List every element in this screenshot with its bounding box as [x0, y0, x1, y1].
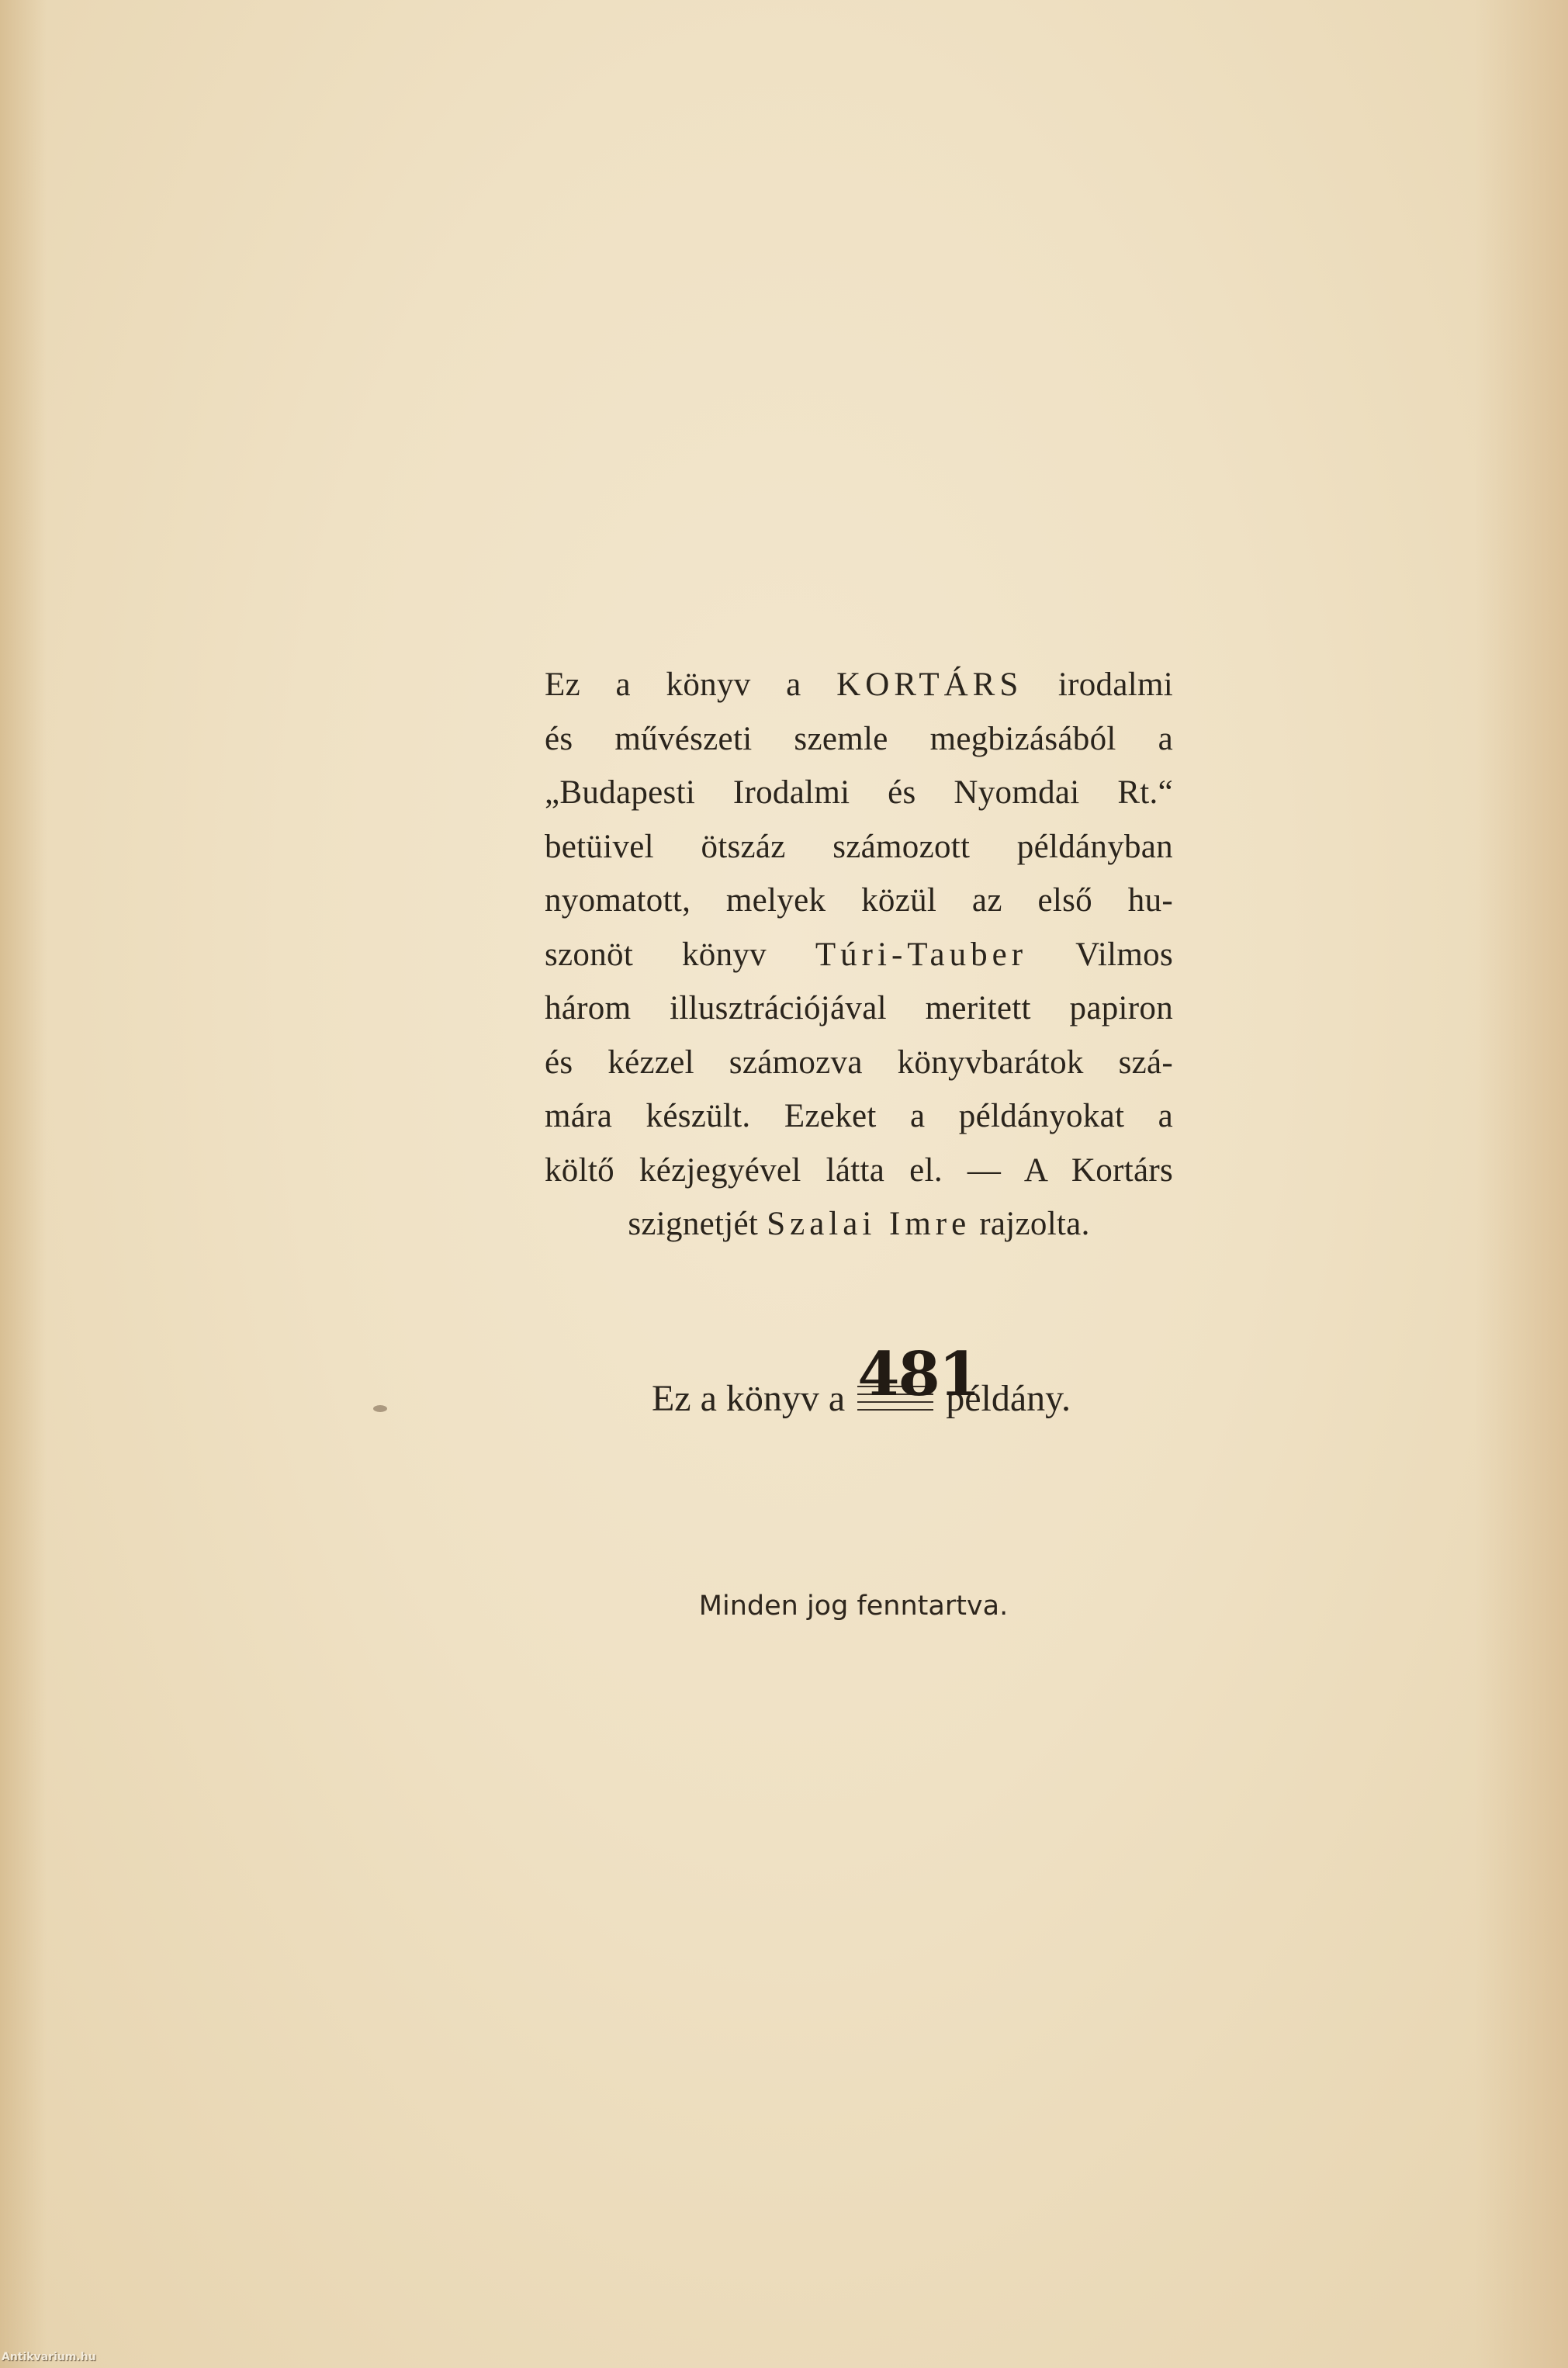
colophon-line-11: szignetjét Szalai Imre rajzolta. — [545, 1197, 1173, 1252]
watermark-logo: Antikvarium.hu — [2, 2351, 96, 2363]
signet-artist-name: Szalai Imre — [767, 1206, 971, 1242]
colophon-line-4: betüivel ötszáz számozott példányban — [545, 820, 1173, 874]
colophon-line-3: „Budapesti Irodalmi és Nyomdai Rt.“ — [545, 766, 1173, 820]
colophon-line-2: és művészeti szemle megbizásából a — [545, 712, 1173, 767]
colophon-paragraph: Ez a könyv a KORTÁRS irodalmi és művésze… — [545, 658, 1173, 1252]
illustrator-name: Túri-Tauber — [815, 936, 1027, 973]
copy-number-field: 481 — [857, 1356, 933, 1418]
rights-reserved-notice: Minden jog fenntartva. — [636, 1591, 1071, 1622]
copy-number-prefix: Ez a könyv a — [652, 1378, 845, 1419]
page-edge-right — [1475, 0, 1568, 2368]
journal-name: KORTÁRS — [836, 666, 1023, 703]
copy-number-line: Ez a könyv a 481 példány. — [543, 1356, 1179, 1420]
copy-number-value: 481 — [857, 1339, 933, 1410]
colophon-line-9: mára készült. Ezeket a példányokat a — [545, 1089, 1173, 1144]
colophon-line-5: nyomatott, melyek közül az első hu- — [545, 874, 1173, 928]
ink-smudge — [373, 1405, 387, 1412]
colophon-line-10: költő kézjegyével látta el. — A Kortárs — [545, 1144, 1173, 1198]
colophon-line-8: és kézzel számozva könyvbarátok szá- — [545, 1036, 1173, 1090]
colophon-line-1: Ez a könyv a KORTÁRS irodalmi — [545, 658, 1173, 712]
colophon-line-6: szonöt könyv Túri-Tauber Vilmos — [545, 928, 1173, 982]
colophon-line-7: három illusztrációjával meritett papiron — [545, 981, 1173, 1036]
page-edge-left — [0, 0, 47, 2368]
